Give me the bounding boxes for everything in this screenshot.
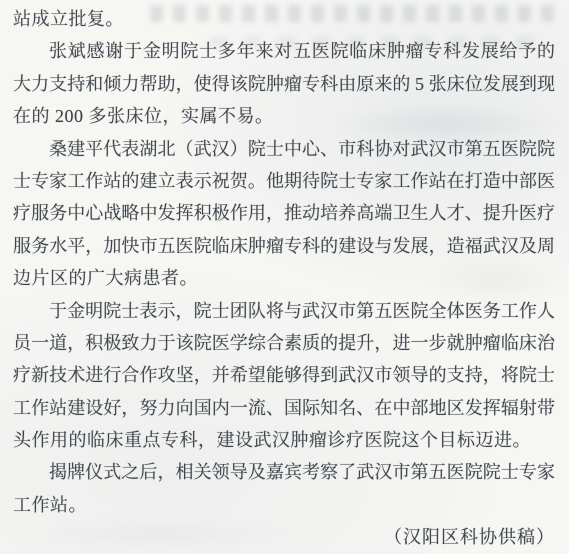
text-line: 工作站。 <box>13 489 555 521</box>
text-line: 头作用的临床重点专科，建设武汉肿瘤诊疗医院这个目标迈进。 <box>13 424 555 456</box>
text-line: 士专家工作站的建立表示祝贺。他期待院士专家工作站在打造中部医 <box>13 165 555 197</box>
text-line: 工作站建设好，努力向国内一流、国际知名、在中部地区发挥辐射带 <box>13 392 555 424</box>
text-line: 张斌感谢于金明院士多年来对五医院临床肿瘤专科发展给予的 <box>13 35 555 67</box>
attribution-line: （汉阳区科协供稿） <box>13 521 555 553</box>
text-line: 疗新技术进行合作攻坚，并希望能够得到武汉市领导的支持，将院士 <box>13 359 555 391</box>
text-line: 站成立批复。 <box>13 3 555 35</box>
document-page: 站成立批复。 张斌感谢于金明院士多年来对五医院临床肿瘤专科发展给予的 大力支持和… <box>0 0 569 554</box>
text-line: 疗服务中心战略中发挥积极作用，推动培养高端卫生人才、提升医疗 <box>13 197 555 229</box>
text-line: 揭牌仪式之后，相关领导及嘉宾考察了武汉市第五医院院士专家 <box>13 456 555 488</box>
text-line: 于金明院士表示，院士团队将与武汉市第五医院全体医务工作人 <box>13 295 555 327</box>
text-line: 边片区的广大病患者。 <box>13 262 555 294</box>
article-body: 站成立批复。 张斌感谢于金明院士多年来对五医院临床肿瘤专科发展给予的 大力支持和… <box>0 0 569 554</box>
text-line: 员一道，积极致力于该院医学综合素质的提升，进一步就肿瘤临床治 <box>13 327 555 359</box>
text-line: 在的 200 多张床位，实属不易。 <box>13 100 555 132</box>
text-line: 大力支持和倾力帮助，使得该院肿瘤专科由原来的 5 张床位发展到现 <box>13 68 555 100</box>
text-line: 桑建平代表湖北（武汉）院士中心、市科协对武汉市第五医院院 <box>13 133 555 165</box>
text-line: 服务水平，加快市五医院临床肿瘤专科的建设与发展，造福武汉及周 <box>13 230 555 262</box>
